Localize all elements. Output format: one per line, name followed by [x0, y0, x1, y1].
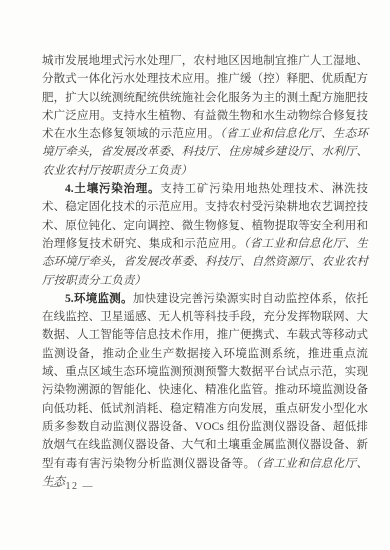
paragraph: 4.土壤污染治理。支持工矿污染用地热处理技术、淋洗技术、稳定固化技术的示范应用。… — [42, 180, 368, 290]
paragraph-heading: 5.环境监测。 — [65, 293, 133, 305]
page-footer: — 12 — — [50, 481, 94, 492]
paragraph-text: 加快建设完善污染源实时自动监控体系，依托在线监控、卫星遥感、无人机等科技手段，充… — [42, 293, 368, 470]
document-page: 城市发展地埋式污水处理厂，农村地区因地制宜推广人工湿地、分散式一体化污水处理技术… — [0, 0, 390, 550]
paragraph-heading: 4.土壤污染治理。 — [65, 183, 160, 195]
paragraph: 5.环境监测。加快建设完善污染源实时自动监控体系，依托在线监控、卫星遥感、无人机… — [42, 290, 368, 491]
document-body: 城市发展地埋式污水处理厂，农村地区因地制宜推广人工湿地、分散式一体化污水处理技术… — [42, 52, 368, 491]
page-number: — 12 — — [50, 481, 94, 492]
paragraph: 城市发展地埋式污水处理厂，农村地区因地制宜推广人工湿地、分散式一体化污水处理技术… — [42, 52, 368, 180]
